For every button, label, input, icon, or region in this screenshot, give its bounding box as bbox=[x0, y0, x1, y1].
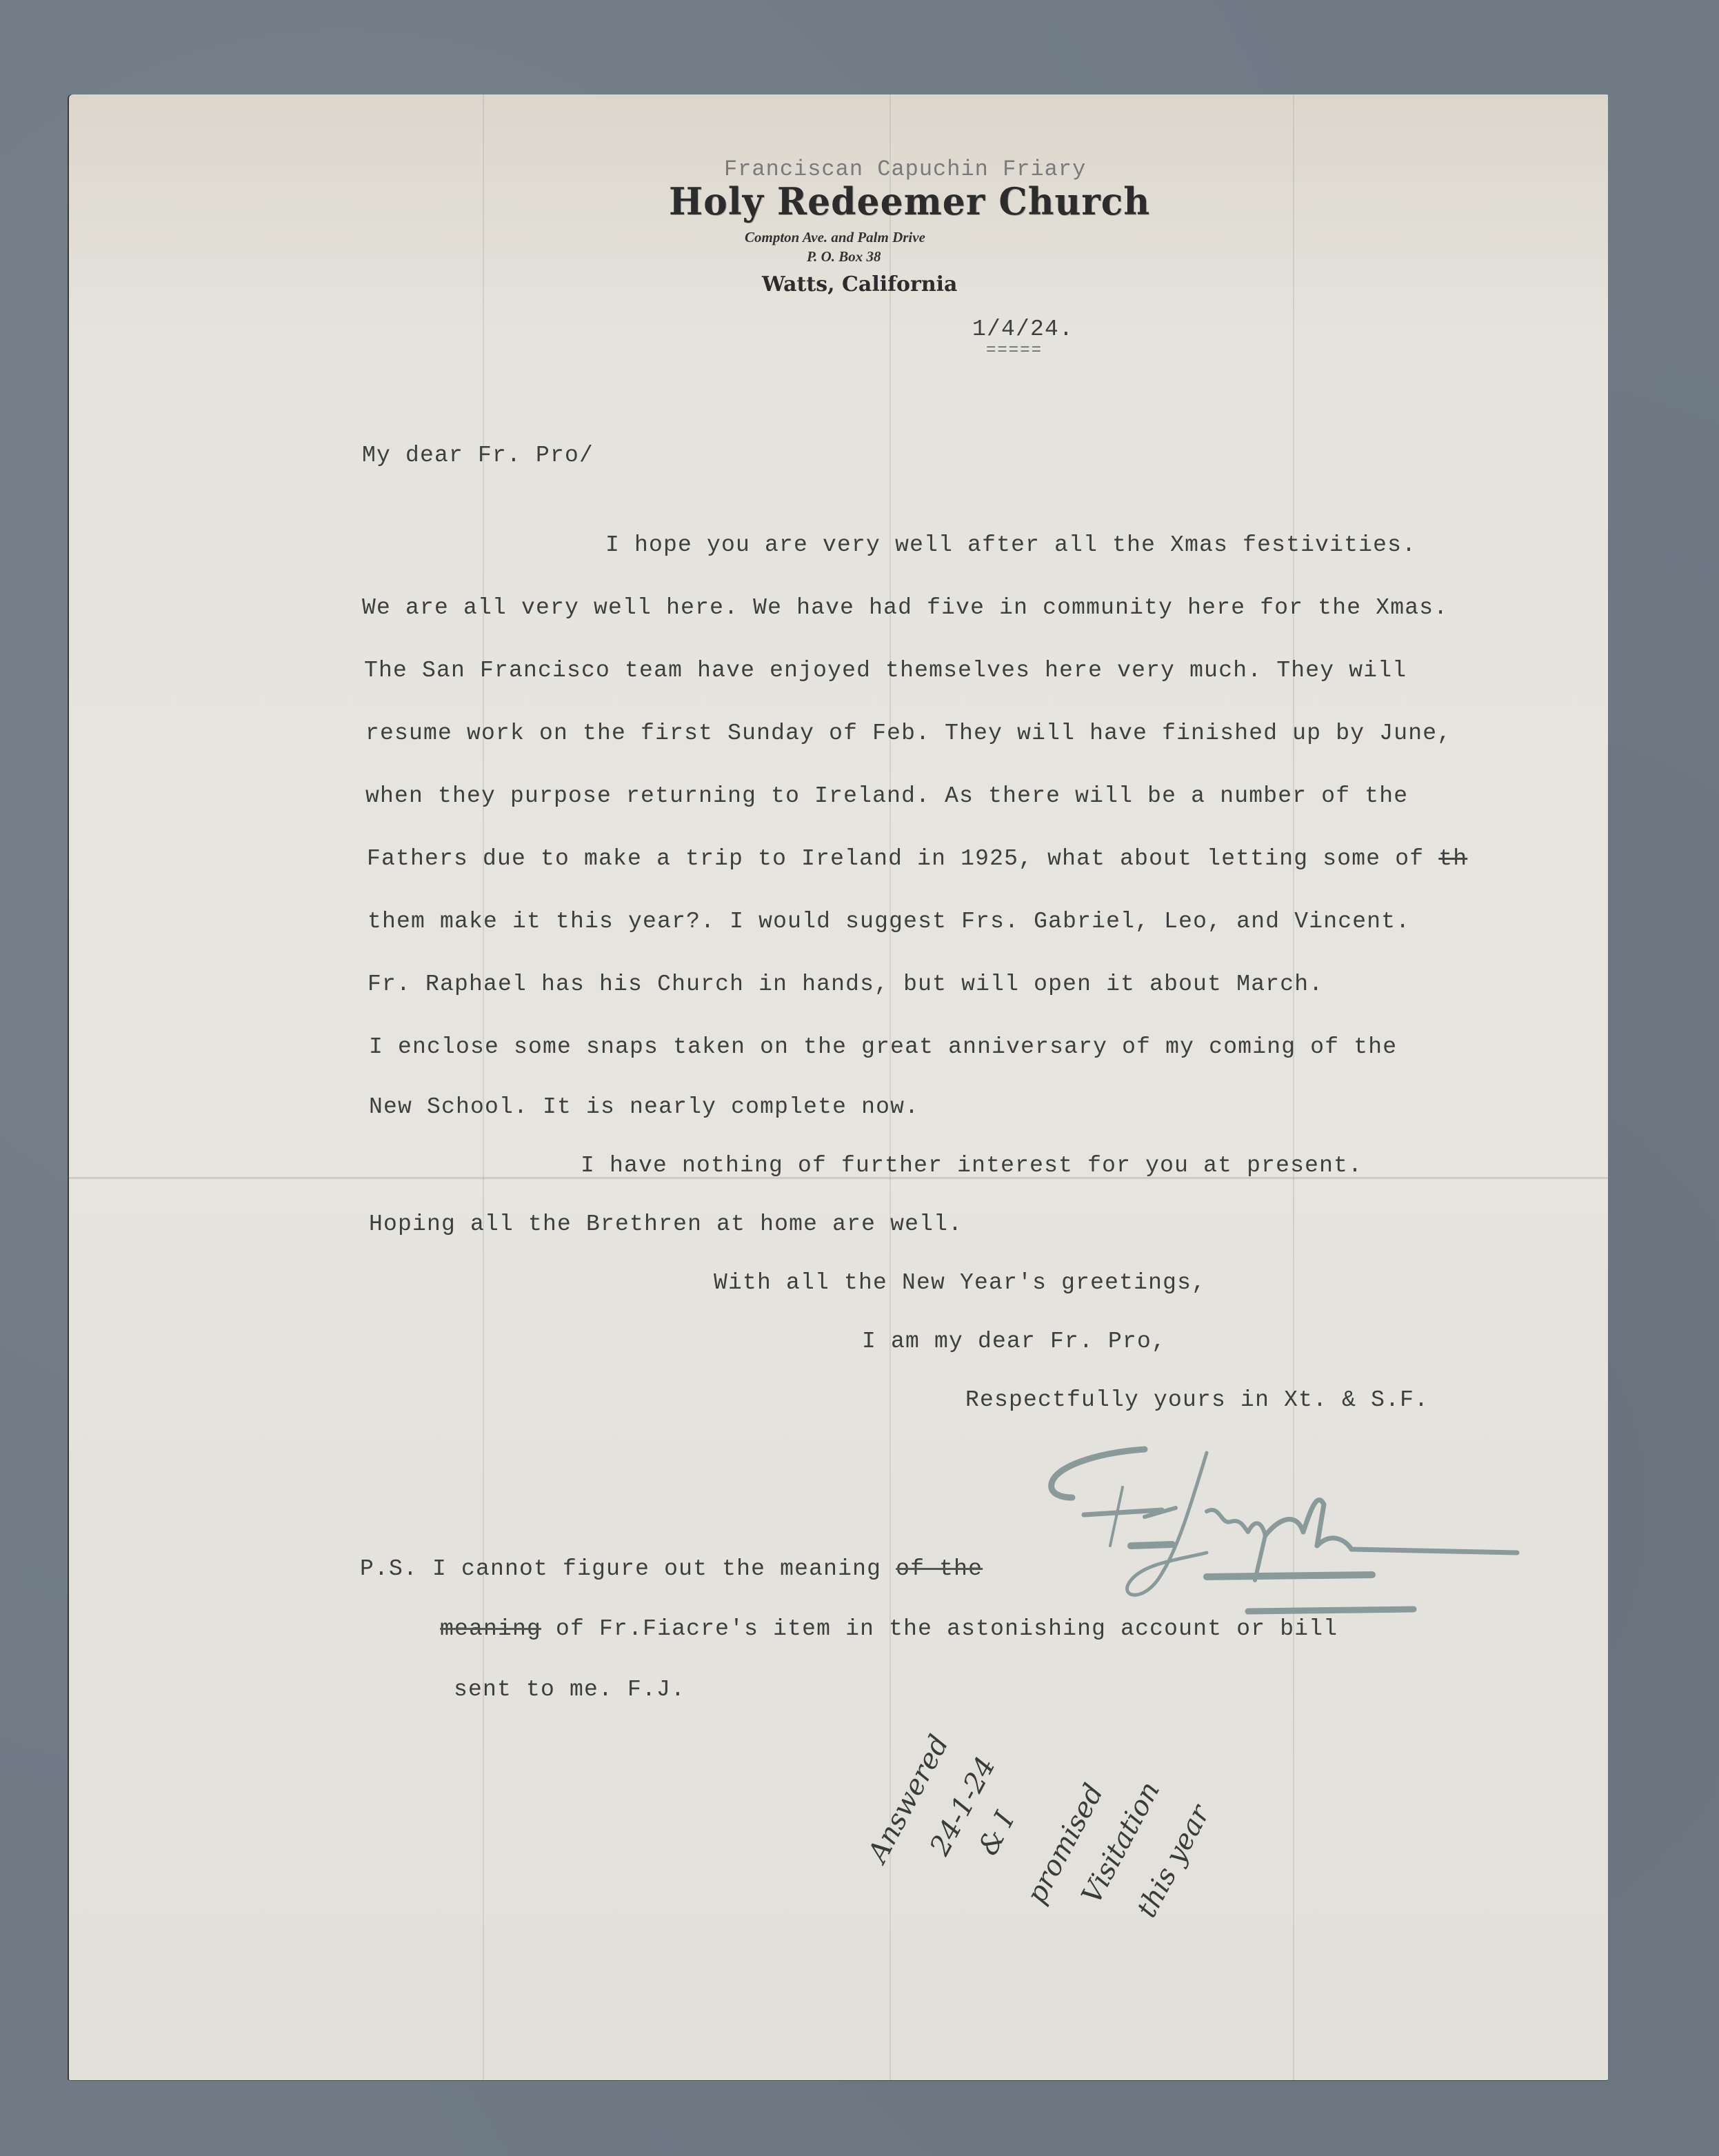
body-line: New School. It is nearly complete now. bbox=[369, 1094, 919, 1120]
body-line: Hoping all the Brethren at home are well… bbox=[369, 1211, 963, 1237]
ps-line-1: P.S. I cannot figure out the meaning of … bbox=[360, 1556, 983, 1582]
body-line: The San Francisco team have enjoyed them… bbox=[364, 658, 1407, 683]
ps-line-2: meaning of Fr.Fiacre's item in the aston… bbox=[440, 1616, 1338, 1642]
body-line: Fr. Raphael has his Church in hands, but… bbox=[368, 971, 1323, 997]
signature-fr-joseph-icon bbox=[1041, 1435, 1593, 1594]
church-name: Holy Redeemer Church bbox=[669, 179, 1150, 223]
address-street: Compton Ave. and Palm Drive bbox=[745, 229, 925, 246]
ps-text: I cannot figure out the meaning bbox=[432, 1556, 881, 1582]
ps-struck-text: meaning bbox=[440, 1616, 541, 1642]
body-line: when they purpose returning to Ireland. … bbox=[365, 783, 1408, 809]
body-line: I have nothing of further interest for y… bbox=[581, 1153, 1363, 1178]
friary-header: Franciscan Capuchin Friary bbox=[724, 157, 1086, 182]
vertical-fold-line bbox=[1293, 94, 1294, 2080]
body-line: I enclose some snaps taken on the great … bbox=[369, 1034, 1397, 1060]
body-line: I hope you are very well after all the X… bbox=[605, 532, 1416, 558]
letter-paper: Franciscan Capuchin Friary Holy Redeemer… bbox=[69, 94, 1608, 2080]
struck-text: th bbox=[1438, 846, 1467, 872]
body-line-text: Fathers due to make a trip to Ireland in… bbox=[367, 846, 1424, 872]
closing-address: I am my dear Fr. Pro, bbox=[862, 1329, 1166, 1354]
date-underline: ===== bbox=[986, 341, 1043, 360]
ps-struck-text: of the bbox=[896, 1556, 983, 1582]
vertical-fold-line bbox=[483, 94, 484, 2080]
handwritten-annotation: Answered 24-1-24 & I promised Visitation… bbox=[869, 1673, 1255, 1991]
closing-greeting: With all the New Year's greetings, bbox=[714, 1270, 1206, 1296]
annotation-line: & I bbox=[972, 1806, 1021, 1860]
ps-text: of Fr.Fiacre's item in the astonishing a… bbox=[556, 1616, 1338, 1642]
closing-valediction: Respectfully yours in Xt. & S.F. bbox=[965, 1387, 1429, 1413]
body-line: resume work on the first Sunday of Feb. … bbox=[365, 721, 1451, 746]
letter-date: 1/4/24. bbox=[972, 316, 1074, 342]
body-line: Fathers due to make a trip to Ireland in… bbox=[367, 846, 1467, 872]
address-po-box: P. O. Box 38 bbox=[807, 248, 881, 265]
body-line: We are all very well here. We have had f… bbox=[362, 595, 1448, 621]
signature bbox=[1041, 1435, 1593, 1594]
salutation: My dear Fr. Pro/ bbox=[362, 443, 594, 468]
ps-line-3: sent to me. F.J. bbox=[454, 1677, 685, 1702]
body-line: them make it this year?. I would suggest… bbox=[368, 909, 1410, 934]
ps-label: P.S. bbox=[360, 1556, 418, 1582]
address-city: Watts, California bbox=[762, 272, 958, 296]
